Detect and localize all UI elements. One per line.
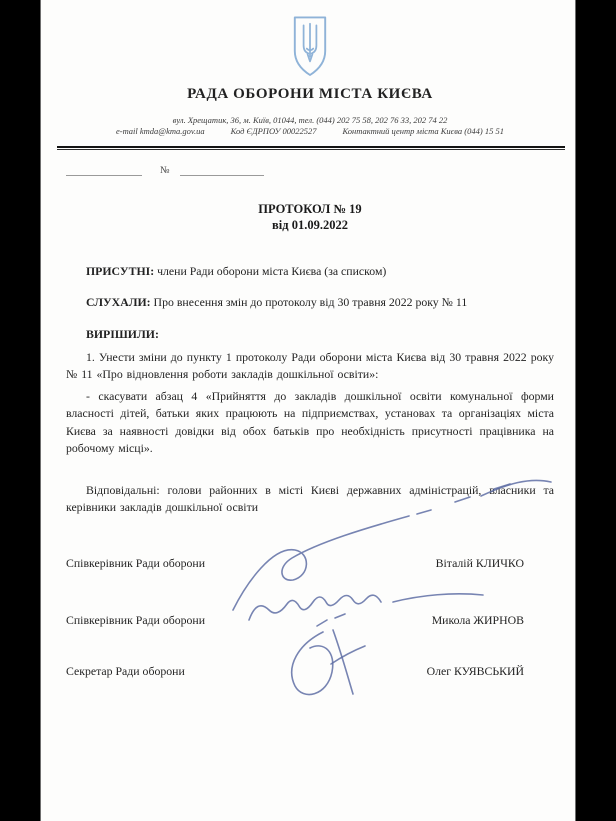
heard-label: СЛУХАЛИ: [86,295,151,309]
signature-role: Співкерівник Ради оборони [66,555,205,572]
present-label: ПРИСУТНІ: [86,264,154,278]
signature-name: Олег КУЯВСЬКИЙ [427,663,524,680]
org-name: РАДА ОБОРОНИ МІСТА КИЄВА [66,85,554,103]
protocol-title-line2: від 01.09.2022 [66,218,554,234]
protocol-title-line1: ПРОТОКОЛ № 19 [66,202,554,218]
document-content: РАДА ОБОРОНИ МІСТА КИЄВА вул. Хрещатик, … [41,14,575,680]
ukraine-trident-emblem-icon [286,14,334,80]
heard-line: СЛУХАЛИ: Про внесення змін до протоколу … [66,294,554,312]
number-sign: № [160,165,170,176]
signature-row-zhyrnov: Співкерівник Ради оборони Микола ЖИРНОВ [66,612,554,629]
present-line: ПРИСУТНІ: члени Ради оборони міста Києва… [66,263,554,281]
responsible-paragraph: Відповідальні: голови районних в місті К… [66,482,554,517]
document-page: РАДА ОБОРОНИ МІСТА КИЄВА вул. Хрещатик, … [40,0,576,821]
decided-label: ВИРІШИЛИ: [66,326,554,344]
document-number-row: № [66,162,554,176]
signature-name: Микола ЖИРНОВ [432,612,524,629]
address-contact-center: Контактний центр міста Києва (044) 15 51 [342,126,504,137]
decision-paragraph-2: - скасувати абзац 4 «Прийняття до заклад… [66,388,554,458]
address-email: e-mail kmda@kma.gov.ua [116,126,205,137]
letterbox-left [0,0,40,821]
letterbox-right [576,0,616,821]
heard-text: Про внесення змін до протоколу від 30 тр… [151,295,468,309]
signature-row-kuyavskyi: Секретар Ради оборони Олег КУЯВСЬКИЙ [66,663,554,680]
date-blank-line [66,163,142,176]
address-line-2: e-mail kmda@kma.gov.ua Код ЄДРПОУ 000225… [66,126,554,137]
signature-name: Віталій КЛИЧКО [436,555,524,572]
signature-row-klychko: Співкерівник Ради оборони Віталій КЛИЧКО [66,555,554,572]
signature-role: Секретар Ради оборони [66,663,185,680]
address-edrpou-code: Код ЄДРПОУ 00022527 [231,126,317,137]
protocol-title: ПРОТОКОЛ № 19 від 01.09.2022 [66,202,554,233]
number-blank-line [180,163,264,176]
signature-role: Співкерівник Ради оборони [66,612,205,629]
header-divider-rule [57,146,565,150]
present-text: члени Ради оборони міста Києва (за списк… [154,264,386,278]
decision-paragraph-1: 1. Унести зміни до пункту 1 протоколу Ра… [66,349,554,384]
address-line-1: вул. Хрещатик, 36, м. Київ, 01044, тел. … [66,115,554,126]
